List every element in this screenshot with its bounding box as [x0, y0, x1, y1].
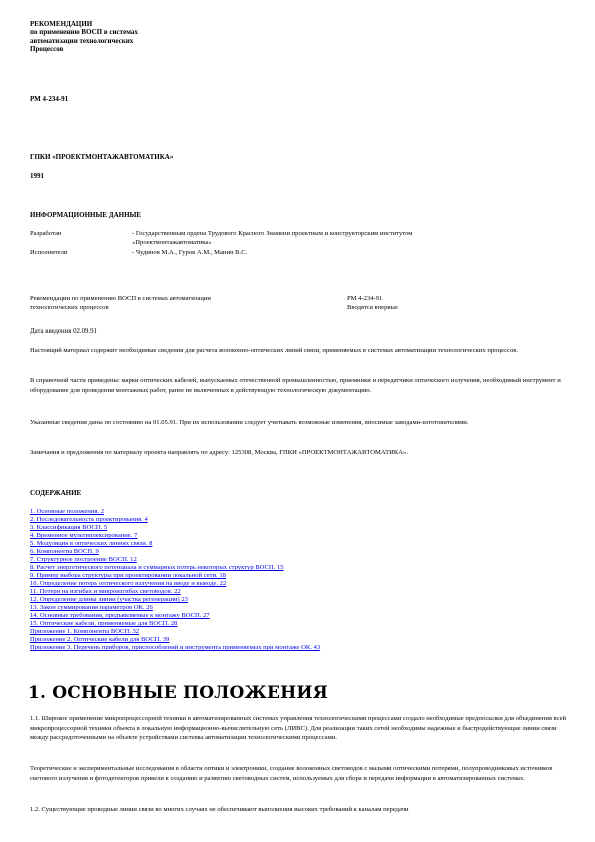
year: 1991 — [30, 172, 44, 181]
toc-link[interactable]: Приложение 2. Оптические кабели для ВОСП… — [30, 636, 320, 644]
section-paragraph: 1.2. Существующие проводные линии связи … — [30, 805, 570, 815]
toc-link[interactable]: 1. Основные положения. 2 — [30, 508, 320, 516]
info-value: - Чудинов М.А., Гуров А.М., Манин В.С. — [132, 249, 412, 258]
toc-link[interactable]: 8. Расчет энергетического потенциала и с… — [30, 564, 320, 572]
toc-link[interactable]: Приложение 1. Компоненты ВОСП. 32 — [30, 628, 320, 636]
header-right-line: Вводятся впервые — [347, 304, 398, 313]
toc-link[interactable]: 11. Потери на изгибах и микроизгибах све… — [30, 588, 320, 596]
info-value: - Государственным ордена Трудового Красн… — [132, 230, 412, 239]
intro-paragraph: Указанные сведения даны по состоянию на … — [30, 418, 570, 428]
title-line-2: по применению ВОСП в системах — [30, 28, 138, 36]
title-line-3: автоматизации технологических — [30, 37, 138, 45]
info-row-authors: Исполнители - Чудинов М.А., Гуров А.М., … — [30, 249, 412, 260]
intro-paragraph: Замечания и предложения по материалу про… — [30, 448, 570, 458]
document-header-table: Рекомендации по применению ВОСП в систем… — [30, 295, 398, 312]
toc-link[interactable]: 15. Оптические кабели, применяемые для В… — [30, 620, 320, 628]
info-label: Разработан — [30, 230, 132, 249]
toc-link[interactable]: 10. Определение потерь оптического излуч… — [30, 580, 320, 588]
intro-paragraph: Настоящий материал содержит необходимые … — [30, 346, 570, 356]
table-of-contents: 1. Основные положения. 2 2. Последовател… — [30, 508, 320, 652]
toc-link[interactable]: 13. Закон суммирования параметров ОК. 26 — [30, 604, 320, 612]
title-line-1: РЕКОМЕНДАЦИИ — [30, 20, 138, 28]
title-block: РЕКОМЕНДАЦИИ по применению ВОСП в систем… — [30, 20, 138, 53]
info-table: Разработан - Государственным ордена Труд… — [30, 230, 412, 260]
toc-link[interactable]: 9. Пример выбора структуры при проектиро… — [30, 572, 320, 580]
toc-link[interactable]: 12. Определение длины линии (участка рег… — [30, 596, 320, 604]
toc-link[interactable]: 6. Компоненты ВОСП. 9 — [30, 548, 320, 556]
section-heading: 1. ОСНОВНЫЕ ПОЛОЖЕНИЯ — [28, 683, 328, 703]
toc-link[interactable]: 4. Временное мультиплексирование. 7 — [30, 532, 320, 540]
title-line-4: Процессов — [30, 45, 138, 53]
toc-link[interactable]: 3. Классификация ВОСП. 5 — [30, 524, 320, 532]
section-paragraph: 1.1. Широкое применение микропроцессорно… — [30, 714, 570, 743]
toc-link[interactable]: 14. Основные требования, предъявляемые к… — [30, 612, 320, 620]
header-left-line: технологических процессов — [30, 304, 347, 313]
info-value: «Проектмонтажавтоматика» — [132, 239, 412, 248]
toc-heading: СОДЕРЖАНИЕ — [30, 489, 81, 498]
toc-link[interactable]: 7. Структурное построение ВОСП. 12 — [30, 556, 320, 564]
intro-paragraph: В справочной части приведены: марки опти… — [30, 376, 570, 395]
effective-date: Дата введения 02.09.91 — [30, 327, 97, 336]
section-paragraph: Теоретические и экспериментальные исслед… — [30, 764, 570, 783]
toc-link[interactable]: Приложение 3. Перечень приборов, приспос… — [30, 644, 320, 652]
document-code: РМ 4-234-91 — [30, 95, 68, 104]
info-row-developer: Разработан - Государственным ордена Труд… — [30, 230, 412, 249]
info-heading: ИНФОРМАЦИОННЫЕ ДАННЫЕ — [30, 211, 141, 220]
header-left-line: Рекомендации по применению ВОСП в систем… — [30, 295, 347, 304]
toc-link[interactable]: 5. Модуляция в оптических линиях связи. … — [30, 540, 320, 548]
toc-link[interactable]: 2. Последовательность проектирования. 4 — [30, 516, 320, 524]
info-label: Исполнители — [30, 249, 132, 260]
organization: ГПКИ «ПРОЕКТМОНТАЖАВТОМАТИКА» — [30, 153, 173, 162]
header-right-line: РМ 4-234-91 — [347, 295, 398, 304]
